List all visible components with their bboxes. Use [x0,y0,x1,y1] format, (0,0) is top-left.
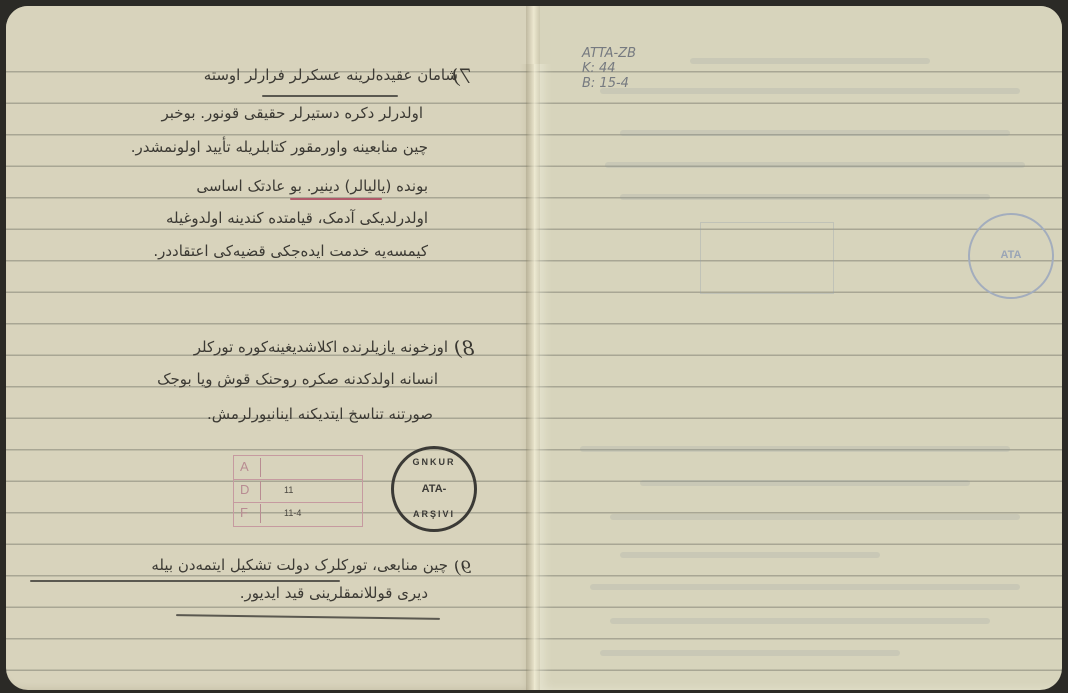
bleed-through-text [690,58,930,64]
item-8-line-2: انسانه اولدکدنه صکره روحنک قوش ویا بوجک [18,370,438,388]
bleed-through-text [620,552,880,558]
bleed-through-text [580,446,1010,452]
item-8-line-1: اوزخونه یازیلرنده اکلاشدیغینه‌کوره تورکل… [28,338,448,356]
item-9-line-1: چین منابعی، تورکلرک دولت تشکیل ایتمه‌دن‌… [28,556,448,574]
bleed-through-text [620,194,990,200]
item-7-line-1: شامان عقیده‌لرینه عسکرلر فرارلر اوسته [38,66,458,84]
book-spine [526,6,540,690]
archive-stamp-box: A D 11 F 11-4 [233,455,363,527]
bleed-through-stamp-box [700,222,834,294]
bleed-through-text [610,618,990,624]
item-9-underline-1 [30,580,340,582]
item-7-line-2: اولدرلر دکره دستیرلر حقیقی قونور. بوخبر [3,104,423,122]
stamp-row-f: F 11-4 [234,502,362,525]
archive-seal: GNKUR ATA- ARŞIVI [391,446,477,532]
stamp-row-d: D 11 [234,479,362,503]
archive-catalog-reference: ATTA-ZB K: 44 B: 15-4 [582,46,636,91]
item-7-line-3: چین منابعینه واورمقور کتابلریله تأیید او… [8,138,428,156]
item-number-9: 9) [454,558,471,578]
item-8-line-3: صورتنه تناسخ ایتدیکنه اینانیورلرمش. [133,405,433,423]
bleed-through-text [600,88,1020,94]
item-7-line-5: اولدرلدیکی آدمک، قیامتده کندینه اولدوغیل… [8,209,428,227]
notebook-spread: 7) شامان عقیده‌لرینه عسکرلر فرارلر اوسته… [0,0,1068,693]
bleed-through-text [620,130,1010,136]
bleed-through-text [640,480,970,486]
bleed-through-text [590,584,1020,590]
item-7-line-4: بونده (یالیالر) دینیر. بو عادتک اساسی [8,177,428,195]
item-number-8: 8) [454,336,475,360]
bleed-through-text [600,650,900,656]
stamp-row-a: A [234,456,362,480]
item-7-line-6: کیمسه‌یه خدمت ایده‌جکی قضیه‌کی اعتقاددر. [8,242,428,260]
item-7-underline [262,95,398,97]
bleed-through-text [610,514,1020,520]
item-9-line-2: دیری قوللانمقلرینی قید ایدیور. [128,584,428,602]
bleed-through-text [605,162,1025,168]
faint-archive-seal: ATA [968,213,1054,299]
item-7-red-underline [290,198,382,200]
